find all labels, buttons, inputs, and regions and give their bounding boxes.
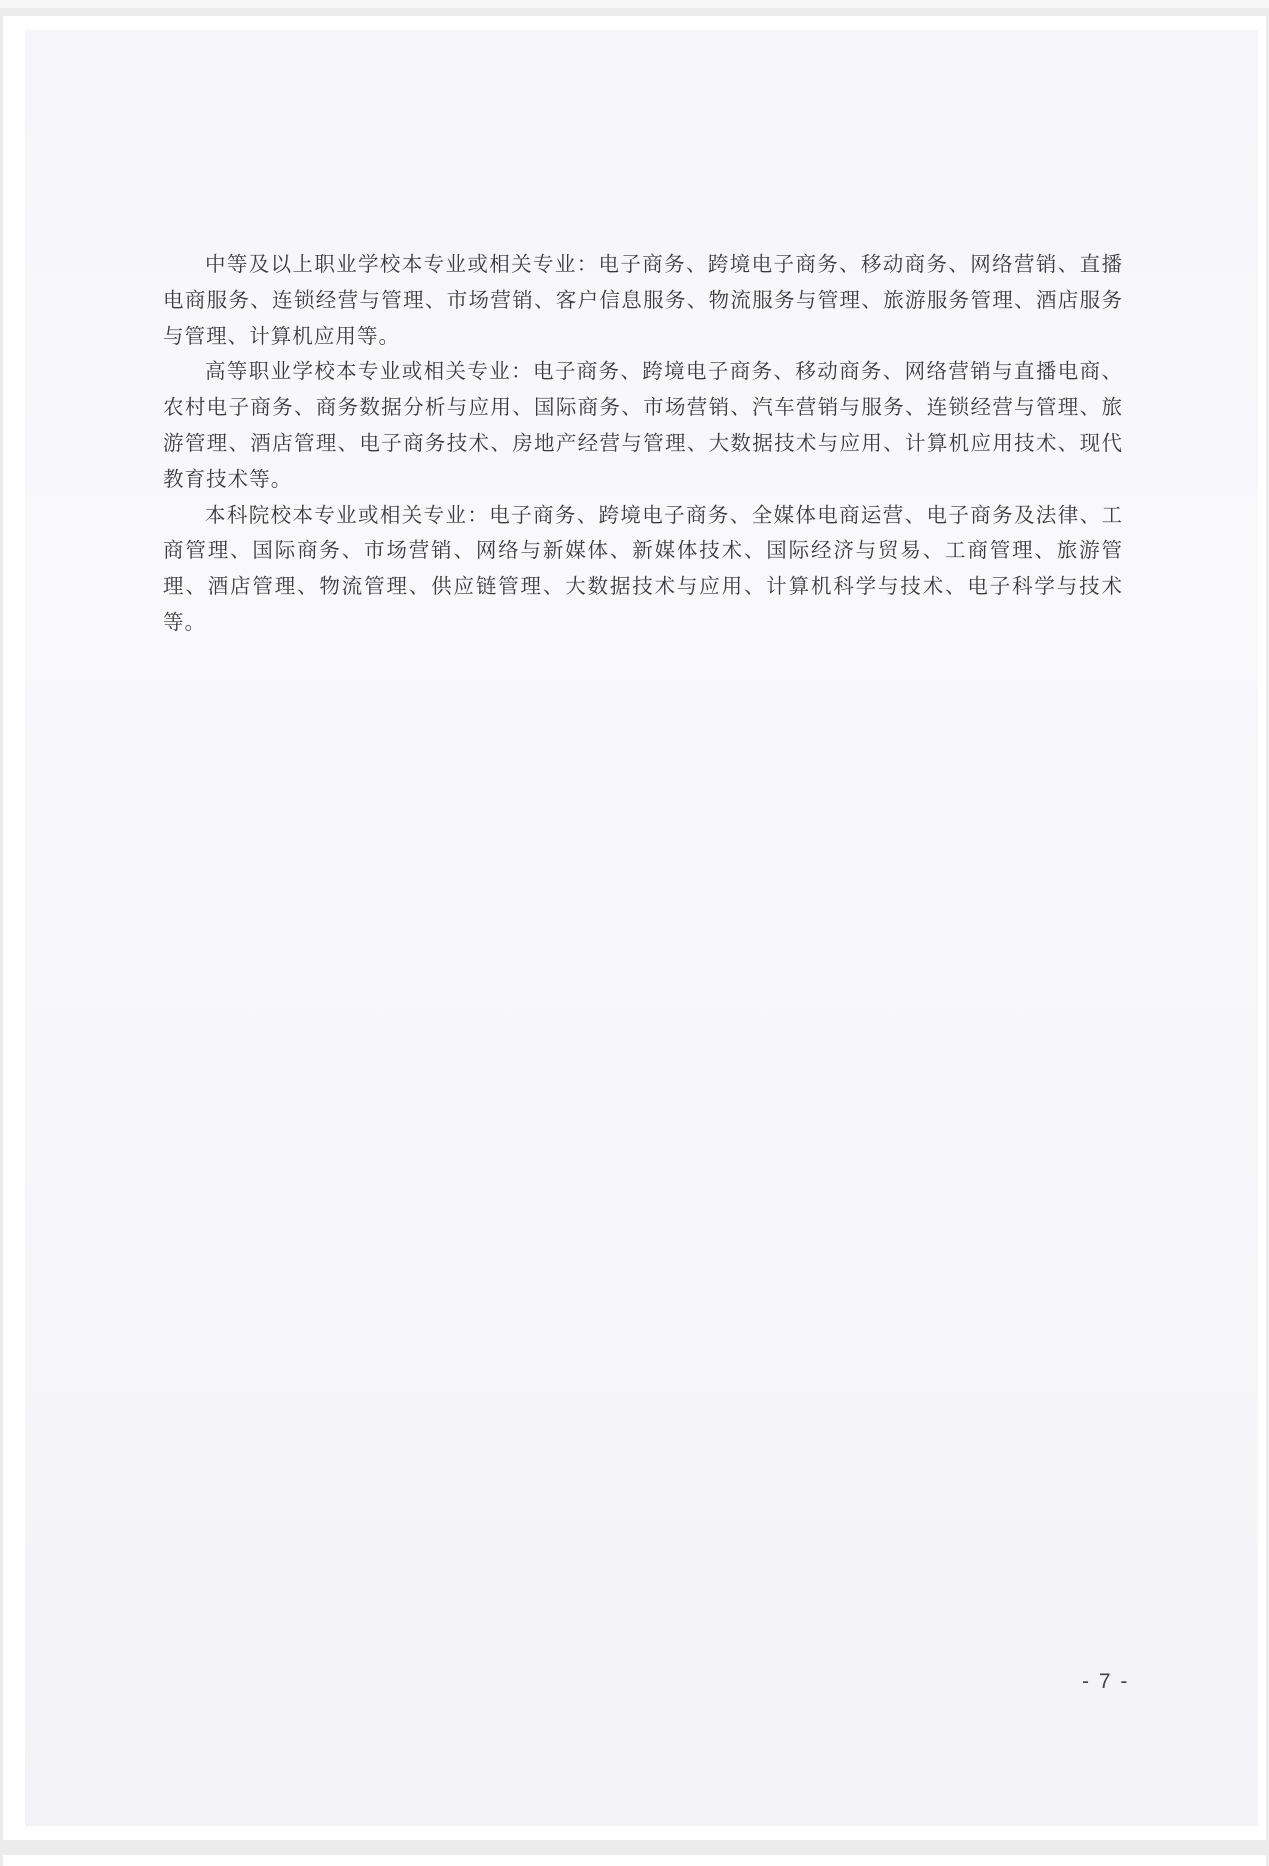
viewer-top-bar [0,0,1269,8]
next-page-edge [3,1855,1266,1866]
paragraph-secondary-vocational: 中等及以上职业学校本专业或相关专业：电子商务、跨境电子商务、移动商务、网络营销、… [163,247,1123,354]
page-number: - 7 - [1082,1670,1129,1694]
document-body: 中等及以上职业学校本专业或相关专业：电子商务、跨境电子商务、移动商务、网络营销、… [163,247,1123,641]
paragraph-undergraduate: 本科院校本专业或相关专业：电子商务、跨境电子商务、全媒体电商运营、电子商务及法律… [163,498,1123,641]
paragraph-higher-vocational: 高等职业学校本专业或相关专业：电子商务、跨境电子商务、移动商务、网络营销与直播电… [163,354,1123,497]
